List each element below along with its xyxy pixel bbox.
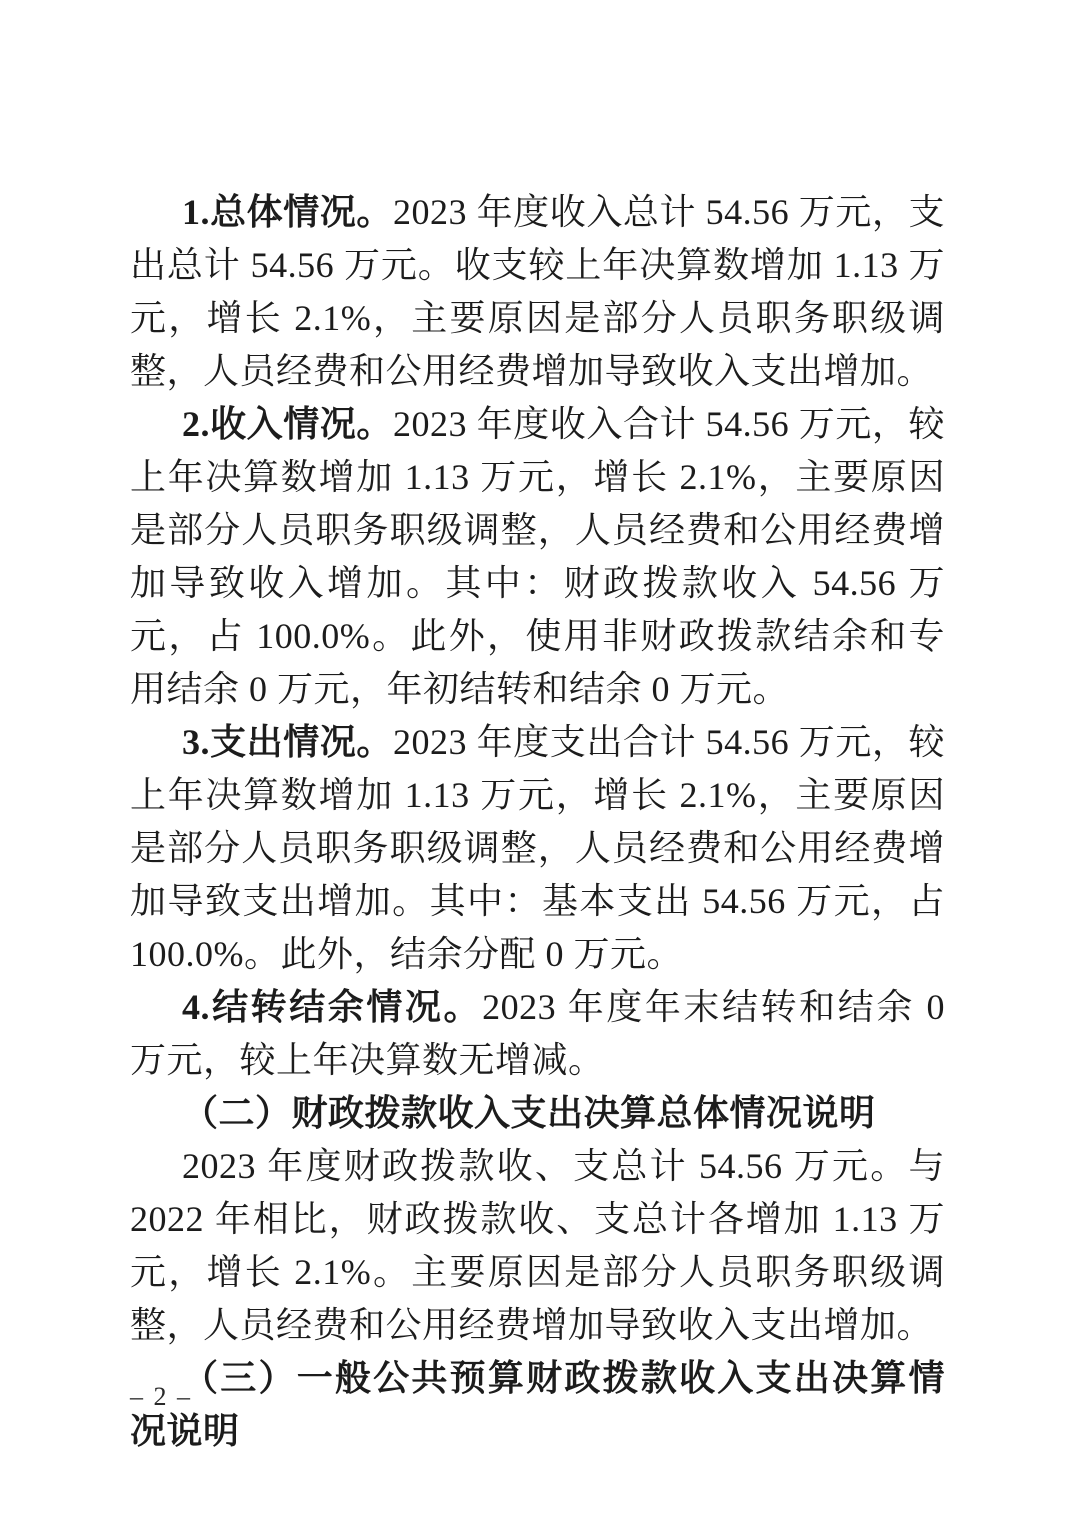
paragraph-text: 2023 年度收入合计 54.56 万元，较上年决算数增加 1.13 万元，增长… [130,404,945,709]
paragraph-number-label: 3.支出情况。 [182,722,393,762]
page-number: – 2 – [130,1382,192,1412]
section-heading-3: （三）一般公共预算财政拨款收入支出决算情况说明 [130,1352,945,1458]
paragraph-income-situation: 2.收入情况。2023 年度收入合计 54.56 万元，较上年决算数增加 1.1… [130,398,945,716]
paragraph-number-label: 4.结转结余情况。 [182,987,482,1027]
paragraph-overall-situation: 1.总体情况。2023 年度收入总计 54.56 万元，支出总计 54.56 万… [130,186,945,398]
paragraph-fiscal-appropriation-summary: 2023 年度财政拨款收、支总计 54.56 万元。与 2022 年相比，财政拨… [130,1140,945,1352]
paragraph-number-label: 2.收入情况。 [182,404,393,444]
document-page: 1.总体情况。2023 年度收入总计 54.56 万元，支出总计 54.56 万… [0,0,1074,1520]
paragraph-text: 2023 年度财政拨款收、支总计 54.56 万元。与 2022 年相比，财政拨… [130,1146,945,1345]
paragraph-carryover-situation: 4.结转结余情况。2023 年度年末结转和结余 0 万元，较上年决算数无增减。 [130,981,945,1087]
paragraph-expenditure-situation: 3.支出情况。2023 年度支出合计 54.56 万元，较上年决算数增加 1.1… [130,716,945,981]
section-heading-2: （二）财政拨款收入支出决算总体情况说明 [130,1087,945,1140]
paragraph-number-label: 1.总体情况。 [182,192,393,232]
document-body: 1.总体情况。2023 年度收入总计 54.56 万元，支出总计 54.56 万… [130,186,945,1458]
